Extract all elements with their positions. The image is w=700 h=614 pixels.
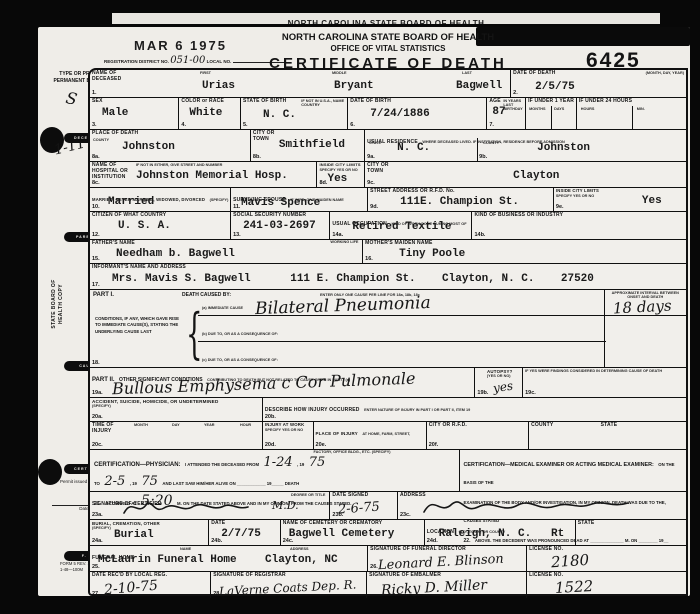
field-inside-city-limits-1: INSIDE CITY LIMITS SPECIFY YES OR NO Yes…	[317, 162, 365, 187]
field-hospital: NAME OF HOSPITAL OR INSTITUTION IF NOT I…	[90, 162, 317, 187]
board-title: NORTH CAROLINA STATE BOARD OF HEALTH	[248, 33, 528, 44]
field-place-of-injury: PLACE OF INJURY AT HOME, FARM, STREET, F…	[314, 422, 427, 449]
field-date-of-death: DATE OF DEATH (MONTH, DAY, YEAR) 2/5/75 …	[511, 70, 686, 97]
part2-block: PART II. OTHER SIGNIFICANT CONDITIONS CO…	[90, 368, 686, 398]
certificate-form: NAME OF DECEASED FIRST MIDDLE LAST Urias…	[88, 68, 688, 596]
received-date-stamp: MAR 6 1975	[134, 38, 227, 53]
field-cemetery: NAME OF CEMETERY OR CREMATORY Bagwell Ce…	[281, 520, 425, 545]
residence-state: N. C.	[397, 143, 430, 154]
field-registrar-signature: SIGNATURE OF REGISTRAR LaVerne Coats Dep…	[211, 572, 367, 598]
address-signature-scribble	[418, 494, 648, 518]
field-accident-type: ACCIDENT, SUICIDE, HOMICIDE, OR UNDETERM…	[90, 398, 263, 421]
field-father-name: FATHER'S NAME Needham b. Bagwell 15.	[90, 240, 363, 263]
handwritten-letter: S	[64, 88, 79, 109]
part1-interval-column: APPROXIMATE INTERVAL BETWEEN ONSET AND D…	[605, 290, 686, 367]
field-autopsy-findings: IF YES WERE FINDINGS CONSIDERED IN DETER…	[523, 368, 686, 397]
permit-issued-label: Permit issued	[60, 479, 87, 484]
field-if-under-24-hours: IF UNDER 24 HOURS HOURS MIN.	[577, 98, 686, 129]
other-conditions-value: Bullous Emphysema c Cor Pulmonale	[112, 371, 416, 398]
field-funeral-director-signature: SIGNATURE OF FUNERAL DIRECTOR Leonard E.…	[368, 546, 527, 571]
autopsy-value: yes	[493, 380, 515, 395]
field-occupation: USUAL OCCUPATION KIND OF WORK DONE DURIN…	[330, 212, 472, 239]
field-citizen: CITIZEN OF WHAT COUNTRY U. S. A. 12.	[90, 212, 231, 239]
field-place-of-death-county: PLACE OF DEATH COUNTY Johnston 8a.	[90, 130, 251, 161]
film-top-strip-text: NORTH CAROLINA STATE BOARD OF HEALTH	[288, 19, 485, 24]
field-date-signed: DATE SIGNED 2-6-75 23b.	[330, 492, 398, 519]
field-street-address: STREET ADDRESS OR R.F.D. No. 111E. Champ…	[368, 188, 554, 211]
embalmer-value: Ricky D. Miller	[381, 578, 488, 598]
field-time-of-injury: TIME OF INJURY MONTH DAY YEAR HOUR 20c.	[90, 422, 263, 449]
license-2-value: 1522	[555, 579, 594, 596]
field-burial-date: DATE 2/7/75 24b.	[209, 520, 281, 545]
attended-to-value: 2-5	[104, 474, 125, 489]
field-injury-city: CITY OR R.F.D. 20f.	[427, 422, 529, 449]
certification-medical-examiner: CERTIFICATION—MEDICAL EXAMINER OR ACTING…	[460, 450, 686, 491]
field-ssn: SOCIAL SECURITY NUMBER 241-03-2697 13.	[231, 212, 330, 239]
field-if-under-1-year: IF UNDER 1 YEAR MONTHS DAYS	[526, 98, 577, 129]
license-1-value: 2180	[551, 553, 590, 571]
funeral-director-value: Leonard E. Blinson	[378, 553, 504, 573]
name-middle: Bryant	[334, 81, 374, 92]
form-heading: NORTH CAROLINA STATE BOARD OF HEALTH OFF…	[248, 33, 528, 73]
name-last: Bagwell	[456, 81, 502, 92]
local-no-label: LOCAL NO.	[207, 59, 232, 64]
part1-block: PART I. DEATH CAUSED BY: ENTER ONLY ONE …	[90, 290, 686, 368]
part1-main: PART I. DEATH CAUSED BY: ENTER ONLY ONE …	[90, 290, 605, 367]
field-name-of-deceased: NAME OF DECEASED FIRST MIDDLE LAST Urias…	[90, 70, 511, 97]
hole-punch-icon	[38, 459, 62, 485]
field-surviving-spouse: SURVIVING SPOUSE IF WIFE, GIVE MAIDEN NA…	[231, 188, 368, 211]
certification-physician: CERTIFICATION—PHYSICIAN: I ATTENDED THE …	[90, 450, 460, 491]
field-sex: SEX Male 3.	[90, 98, 179, 129]
field-informant: INFORMANT'S NAME AND ADDRESS Mrs. Mavis …	[90, 264, 686, 289]
field-burial-type: BURIAL, CREMATION, OTHER (SPECIFY) Buria…	[90, 520, 209, 545]
film-top-strip: NORTH CAROLINA STATE BOARD OF HEALTH	[112, 13, 660, 24]
field-funeral-home: FUNERAL HOME NAME ADDRESS McLaurin Funer…	[90, 546, 368, 571]
field-describe-injury: DESCRIBE HOW INJURY OCCURRED ENTER NATUR…	[263, 398, 686, 421]
field-inside-city-limits-2: INSIDE CITY LIMITS SPECIFY YES OR NO Yes…	[554, 188, 686, 211]
registration-district-label: REGISTRATION DISTRICT NO.	[104, 59, 169, 64]
certificate-paper: TYPE OR PRINT IN PERMANENT BLACK INK S 1…	[38, 27, 690, 596]
field-mother-maiden-name: MOTHER'S MAIDEN NAME Tiny Poole 16.	[363, 240, 686, 263]
office-title: OFFICE OF VITAL STATISTICS	[248, 44, 528, 54]
field-date-received: DATE REC'D BY LOCAL REG. 2-10-75 27.	[90, 572, 211, 598]
funeral-home-address: Clayton, NC	[265, 555, 338, 566]
field-place-of-death-city: CITY OR TOWN Smithfield 8b.	[251, 130, 365, 161]
field-race: COLOR or RACE White 4.	[179, 98, 241, 129]
field-injury-county: COUNTY	[529, 422, 599, 449]
copy-label: STATE BOARD OF HEALTH COPY	[51, 268, 65, 340]
field-state-of-birth: STATE OF BIRTH IF NOT IN U.S.A., NAME CO…	[241, 98, 348, 129]
field-marital-status: MARRIED, NEVER MARRIED, WIDOWED, DIVORCE…	[90, 188, 231, 211]
field-certifier-address: ADDRESS 23c.	[398, 492, 686, 519]
field-injury-state: STATE	[599, 422, 686, 449]
field-license-1: LICENSE NO. 2180	[527, 546, 686, 571]
field-business: KIND OF BUSINESS OR INDUSTRY 14b.	[472, 212, 686, 239]
funeral-home-name: McLaurin Funeral Home	[98, 555, 237, 566]
field-signature-of-certifier: SIGNATURE OF CERTIFIER DEGREE OR TITLE M…	[90, 492, 330, 519]
field-date-of-birth: DATE OF BIRTH 7/24/1886 6.	[348, 98, 487, 129]
attended-from-value: 1-24	[263, 455, 292, 470]
date-received-value: 2-10-75	[103, 579, 158, 598]
certifier-signature-scribble	[120, 496, 270, 518]
field-age: AGE IN YEARS LAST BIRTHDAY 87 7.	[487, 98, 526, 129]
name-first: Urias	[202, 81, 235, 92]
residence-county: Johnston	[537, 143, 590, 154]
field-embalmer-signature: SIGNATURE OF EMBALMER Ricky D. Miller	[367, 572, 527, 598]
registration-district-value: 051-00	[170, 55, 205, 66]
registrar-value: LaVerne Coats Dep. R.	[219, 578, 357, 597]
interval-value: 18 days	[612, 298, 671, 316]
part2-main: PART II. OTHER SIGNIFICANT CONDITIONS CO…	[90, 368, 475, 397]
field-license-2: LICENSE NO. 1522	[527, 572, 686, 598]
certifier-degree-value: M.D.	[272, 500, 299, 511]
field-autopsy: AUTOPSY? (YES OR NO) yes 19b.	[475, 368, 523, 397]
field-usual-residence: USUAL RESIDENCE WHERE DECEASED LIVED. IF…	[365, 130, 686, 161]
date-signed-value: 2-6-75	[338, 501, 381, 517]
field-injury-at-work: INJURY AT WORK SPECIFY YES OR NO 20d.	[263, 422, 314, 449]
field-residence-city: CITY OR TOWN Clayton 9c.	[365, 162, 686, 187]
field-burial-location: LOCATION CITY, TOWN, OR COUNTY Raleigh, …	[425, 520, 576, 545]
field-burial-state: STATE	[576, 520, 686, 545]
part1-conditions-note: CONDITIONS, IF ANY, WHICH GAVE RISE TO I…	[95, 316, 181, 335]
brace-glyph: {	[186, 304, 203, 367]
